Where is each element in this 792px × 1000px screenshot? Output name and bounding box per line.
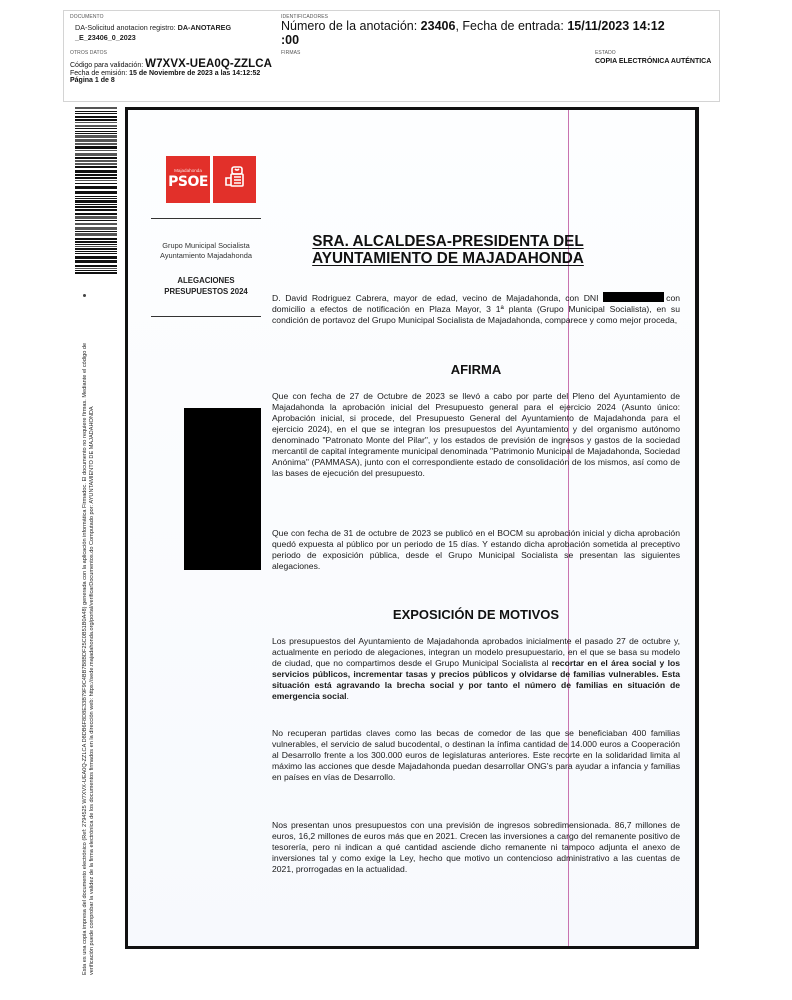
scanned-page: Majadahonda PSOE Grupo Municipal Sociali… [125,107,699,949]
estado-cell: ESTADO COPIA ELECTRÓNICA AUTÉNTICA [593,47,721,103]
redacted-dni [603,292,664,302]
verification-note: Esta es una copia impresa del documento … [82,285,96,975]
motivos-paragraph-3: Nos presentan unos presupuestos con una … [272,820,680,875]
motivos-paragraph-1: Los presupuestos del Ayuntamiento de Maj… [272,636,680,702]
documento-cell: DOCUMENTO DA-Solicitud anotacion registr… [64,11,275,47]
firmas-caption: FIRMAS [281,50,301,56]
afirma-paragraph-2: Que con fecha de 31 de octubre de 2023 s… [272,528,680,572]
redaction-box [184,408,261,570]
psoe-logo-text-block: Majadahonda PSOE [166,156,210,203]
numero-anotacion: 23406 [421,19,456,33]
documento-prefix: DA-Solicitud anotacion registro: [75,23,178,32]
afirma-paragraph-1: Que con fecha de 27 de Octubre de 2023 s… [272,391,680,479]
sidebar-title: ALEGACIONES PRESUPUESTOS 2024 [140,276,272,297]
logo-city: Majadahonda [166,168,210,173]
fecha-label: , Fecha de entrada: [455,19,567,33]
motivos-p1-end: . [347,691,349,701]
codigo-validacion: W7XVX-UEA0Q-ZZLCA [145,58,272,70]
psoe-logo-symbol-block [213,156,256,203]
otros-datos-value: Código para validación: W7XVX-UEA0Q-ZZLC… [70,61,272,85]
logo-party: PSOE [166,174,210,190]
verification-note-line-2: verificación puede comprobar la validez … [89,285,96,975]
fecha-entrada-cont: :00 [281,33,299,47]
barcode-icon [75,107,117,275]
psoe-logo: Majadahonda PSOE [166,156,256,203]
motivos-heading: EXPOSICIÓN DE MOTIVOS [272,607,680,622]
sidebar-rule-bottom [151,316,261,317]
page-indicator: Página 1 de 8 [70,77,115,84]
addressee-title: SRA. ALCALDESA-PRESIDENTA DEL AYUNTAMIEN… [248,233,648,267]
sidebar-rule-top [151,218,261,219]
otros-datos-cell: OTROS DATOS Código para validación: W7XV… [64,47,275,103]
codigo-label: Código para validación: [70,62,145,69]
motivos-paragraph-2: No recuperan partidas claves como las be… [272,728,680,783]
documento-id-2: _E_23406_0_2023 [75,33,136,42]
identificadores-value: Número de la anotación: 23406, Fecha de … [281,19,711,47]
emision-label: Fecha de emisión: [70,70,129,77]
identificadores-cell: IDENTIFICADORES Número de la anotación: … [275,11,721,47]
document-header-table: DOCUMENTO DA-Solicitud anotacion registr… [63,10,720,102]
fecha-entrada: 15/11/2023 14:12 [567,19,664,33]
estado-value: COPIA ELECTRÓNICA AUTÉNTICA [595,58,711,65]
otros-datos-caption: OTROS DATOS [70,50,107,56]
documento-id-1: DA-ANOTAREG [178,23,231,32]
numero-label: Número de la anotación: [281,19,421,33]
documento-caption: DOCUMENTO [70,14,104,20]
intro-text-1: D. David Rodriguez Cabrera, mayor de eda… [272,293,599,303]
fecha-emision: 15 de Noviembre de 2023 a las 14:12:52 [129,70,260,77]
firmas-cell: FIRMAS [275,47,593,103]
sidebar-title-line-2: PRESUPUESTOS 2024 [140,287,272,298]
addressee-line-2: AYUNTAMIENTO DE MAJADAHONDA [248,250,648,267]
documento-value: DA-Solicitud anotacion registro: DA-ANOT… [75,23,231,42]
intro-paragraph: D. David Rodriguez Cabrera, mayor de eda… [272,292,680,326]
psoe-fist-rose-icon [223,165,247,193]
afirma-heading: AFIRMA [272,362,680,377]
estado-caption: ESTADO [595,50,616,56]
verification-note-line-1: Esta es una copia impresa del documento … [82,285,89,975]
sidebar-title-line-1: ALEGACIONES [140,276,272,287]
addressee-line-1: SRA. ALCALDESA-PRESIDENTA DEL [248,233,648,250]
